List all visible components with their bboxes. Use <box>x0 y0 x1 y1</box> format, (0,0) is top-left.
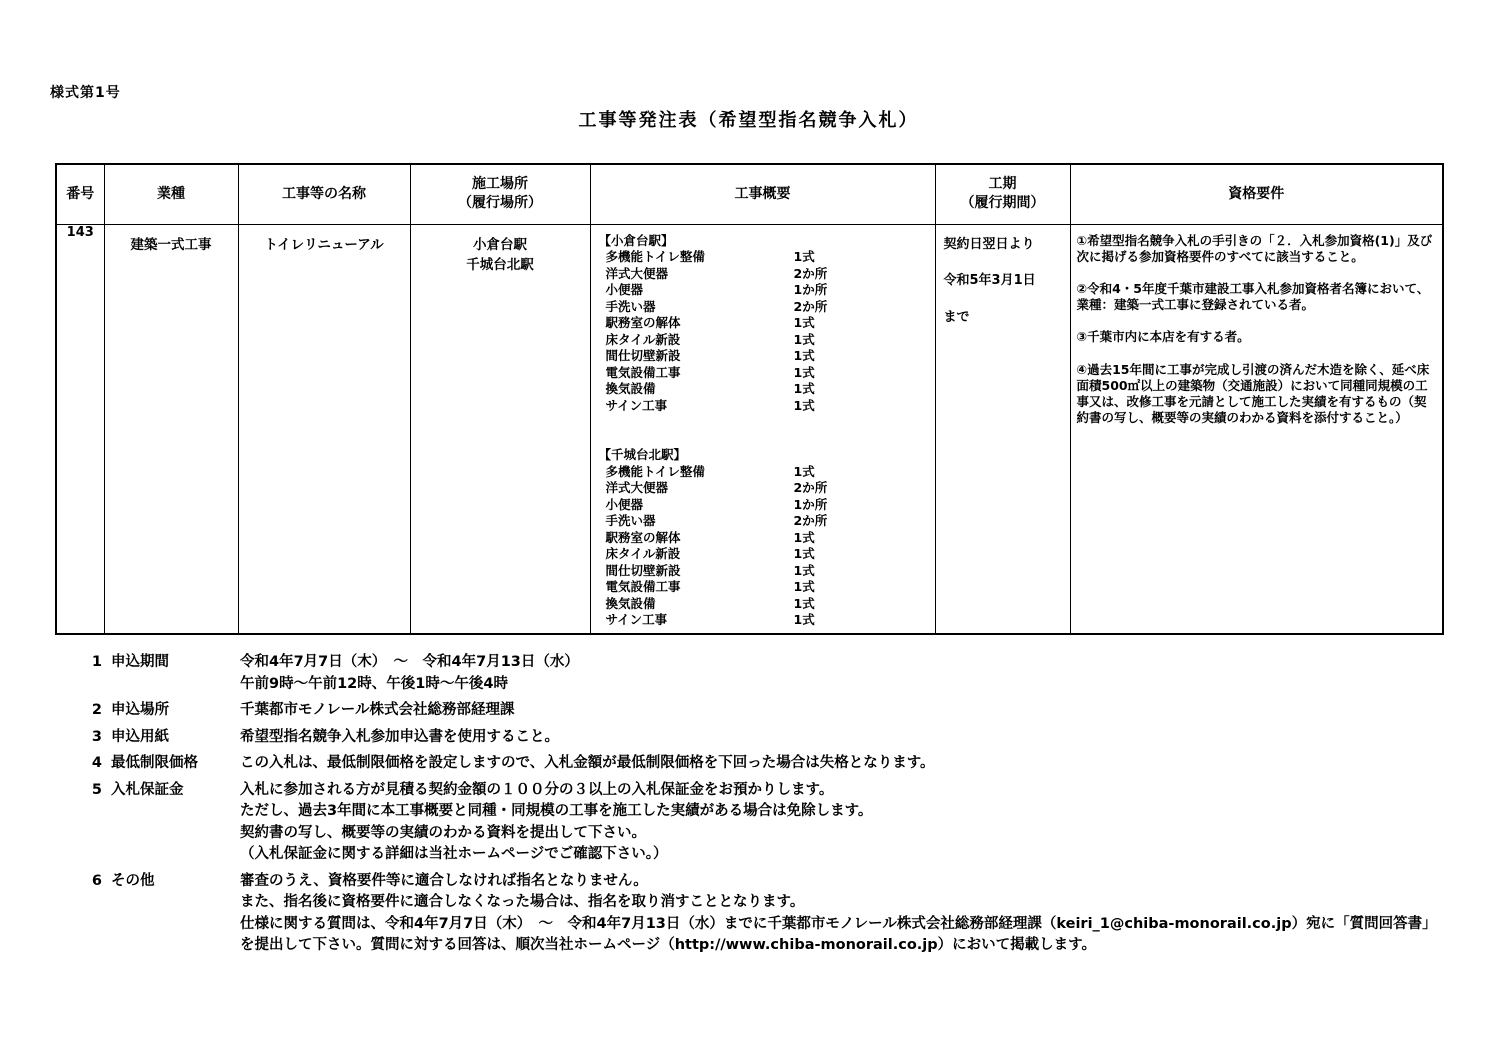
overview-item: 洋式大便器2か所 <box>599 480 931 497</box>
note-number: 3 <box>88 727 102 749</box>
note-label: 最低制限価格 <box>111 753 198 775</box>
note-content: 希望型指名競争入札参加申込書を使用すること。 <box>240 727 1450 749</box>
note-item: 4最低制限価格この入札は、最低制限価格を設定しますので、入札金額が最低制限価格を… <box>88 753 1468 775</box>
qualification-paragraph: ④過去15年間に工事が完成し引渡の済んだ木造を除く、延べ床面積500㎡以上の建築… <box>1077 362 1438 427</box>
overview-block: 【千城台北駅】多機能トイレ整備1式洋式大便器2か所小便器1か所手洗い器2か所駅務… <box>599 447 931 629</box>
note-line: 千葉都市モノレール株式会社総務部経理課 <box>240 700 1450 722</box>
note-line: ただし、過去3年間に本工事概要と同種・同規模の工事を施工した実績がある場合は免除… <box>240 801 1450 823</box>
overview-item-qty: 1式 <box>794 612 815 629</box>
overview-item: 手洗い器2か所 <box>599 299 931 316</box>
overview-item-name: 駅務室の解体 <box>606 530 794 547</box>
note-line: また、指名後に資格要件に適合しなくなった場合は、指名を取り消すこととなります。 <box>240 892 1450 914</box>
period-line: まで <box>944 310 1066 327</box>
overview-item-qty: 1式 <box>794 596 815 613</box>
overview-item: サイン工事1式 <box>599 612 931 629</box>
note-line: この入札は、最低制限価格を設定しますので、入札金額が最低制限価格を下回った場合は… <box>240 753 1450 775</box>
location-line: 千城台北駅 <box>411 255 590 275</box>
note-label: 申込場所 <box>111 700 169 722</box>
note-header: 2申込場所 <box>88 700 240 722</box>
note-label: 申込期間 <box>111 652 169 695</box>
note-content: 審査のうえ、資格要件等に適合しなければ指名となりません。また、指名後に資格要件に… <box>240 871 1450 957</box>
note-label: 入札保証金 <box>111 780 184 866</box>
note-line: 審査のうえ、資格要件等に適合しなければ指名となりません。 <box>240 871 1450 893</box>
overview-station-header: 【小倉台駅】 <box>599 233 931 250</box>
overview-item-qty: 1式 <box>794 249 815 266</box>
overview-item: サイン工事1式 <box>599 398 931 415</box>
note-line: 令和4年7月7日（木） ～ 令和4年7月13日（水） <box>240 652 1450 674</box>
overview-item: 手洗い器2か所 <box>599 513 931 530</box>
overview-item-qty: 1式 <box>794 381 815 398</box>
note-item: 6その他審査のうえ、資格要件等に適合しなければ指名となりません。また、指名後に資… <box>88 871 1468 957</box>
overview-item-qty: 1式 <box>794 365 815 382</box>
qualification-paragraph: ③千葉市内に本店を有する者。 <box>1077 329 1438 345</box>
note-content: この入札は、最低制限価格を設定しますので、入札金額が最低制限価格を下回った場合は… <box>240 753 1450 775</box>
note-line: 仕様に関する質問は、令和4年7月7日（木） ～ 令和4年7月13日（水）までに千… <box>240 914 1450 957</box>
header-overview: 工事概要 <box>590 164 935 224</box>
overview-item: 駅務室の解体1式 <box>599 530 931 547</box>
overview-item: 間仕切壁新設1式 <box>599 348 931 365</box>
row-industry: 建築一式工事 <box>104 224 238 634</box>
table-row: 143 建築一式工事 トイレリニューアル 小倉台駅 千城台北駅 【小倉台駅】多機… <box>56 224 1443 634</box>
overview-item-name: サイン工事 <box>606 612 794 629</box>
table-header-row: 番号 業種 工事等の名称 施工場所 （履行場所） 工事概要 工期 （履行期間） … <box>56 164 1443 224</box>
note-item: 1申込期間令和4年7月7日（木） ～ 令和4年7月13日（水）午前9時～午前12… <box>88 652 1468 695</box>
overview-item: 電気設備工事1式 <box>599 365 931 382</box>
note-number: 1 <box>88 652 102 695</box>
overview-item-qty: 1式 <box>794 332 815 349</box>
overview-item-name: 多機能トイレ整備 <box>606 249 794 266</box>
note-line: 入札に参加される方が見積る契約金額の１００分の３以上の入札保証金をお預かりします… <box>240 780 1450 802</box>
overview-item-name: 床タイル新設 <box>606 546 794 563</box>
overview-item-name: 電気設備工事 <box>606 579 794 596</box>
overview-station-header: 【千城台北駅】 <box>599 447 931 464</box>
overview-item-name: サイン工事 <box>606 398 794 415</box>
overview-item-qty: 1式 <box>794 546 815 563</box>
overview-item-qty: 1か所 <box>794 497 828 514</box>
row-work-name: トイレリニューアル <box>238 224 410 634</box>
overview-item: 洋式大便器2か所 <box>599 266 931 283</box>
note-line: （入札保証金に関する詳細は当社ホームページでご確認下さい。） <box>240 844 1450 866</box>
overview-item: 電気設備工事1式 <box>599 579 931 596</box>
overview-item-name: 間仕切壁新設 <box>606 563 794 580</box>
overview-item-qty: 1式 <box>794 579 815 596</box>
overview-item-qty: 2か所 <box>794 480 828 497</box>
qualification-paragraph: ②令和4・5年度千葉市建設工事入札参加資格者名簿において、業種：建築一式工事に登… <box>1077 281 1438 313</box>
overview-item-name: 手洗い器 <box>606 299 794 316</box>
overview-item-name: 床タイル新設 <box>606 332 794 349</box>
header-number: 番号 <box>56 164 104 224</box>
overview-item: 床タイル新設1式 <box>599 332 931 349</box>
overview-item-qty: 2か所 <box>794 299 828 316</box>
overview-item-name: 駅務室の解体 <box>606 315 794 332</box>
qualifications-cell: ①希望型指名競争入札の手引きの「２．入札参加資格(1)」及び次に掲げる参加資格要… <box>1070 224 1443 634</box>
overview-item: 換気設備1式 <box>599 596 931 613</box>
notes-section: 1申込期間令和4年7月7日（木） ～ 令和4年7月13日（水）午前9時～午前12… <box>88 652 1468 962</box>
header-period: 工期 （履行期間） <box>935 164 1070 224</box>
note-header: 4最低制限価格 <box>88 753 240 775</box>
note-number: 2 <box>88 700 102 722</box>
note-header: 5入札保証金 <box>88 780 240 866</box>
row-location: 小倉台駅 千城台北駅 <box>410 224 590 634</box>
overview-item-name: 換気設備 <box>606 596 794 613</box>
overview-item: 床タイル新設1式 <box>599 546 931 563</box>
note-number: 6 <box>88 871 102 957</box>
overview-item: 小便器1か所 <box>599 282 931 299</box>
order-table: 番号 業種 工事等の名称 施工場所 （履行場所） 工事概要 工期 （履行期間） … <box>55 163 1444 635</box>
note-item: 3申込用紙希望型指名競争入札参加申込書を使用すること。 <box>88 727 1468 749</box>
overview-item-name: 手洗い器 <box>606 513 794 530</box>
overview-item-qty: 1式 <box>794 563 815 580</box>
overview-cell: 【小倉台駅】多機能トイレ整備1式洋式大便器2か所小便器1か所手洗い器2か所駅務室… <box>590 224 935 634</box>
note-line: 午前9時～午前12時、午後1時～午後4時 <box>240 674 1450 696</box>
note-number: 4 <box>88 753 102 775</box>
qualification-paragraph: ①希望型指名競争入札の手引きの「２．入札参加資格(1)」及び次に掲げる参加資格要… <box>1077 233 1438 265</box>
note-item: 5入札保証金入札に参加される方が見積る契約金額の１００分の３以上の入札保証金をお… <box>88 780 1468 866</box>
overview-item-qty: 1式 <box>794 398 815 415</box>
overview-item-qty: 1式 <box>794 348 815 365</box>
overview-item-name: 電気設備工事 <box>606 365 794 382</box>
overview-item-qty: 1式 <box>794 464 815 481</box>
note-line: 希望型指名競争入札参加申込書を使用すること。 <box>240 727 1450 749</box>
note-label: 申込用紙 <box>111 727 169 749</box>
overview-item-name: 洋式大便器 <box>606 266 794 283</box>
note-header: 6その他 <box>88 871 240 957</box>
overview-item-name: 間仕切壁新設 <box>606 348 794 365</box>
overview-item-qty: 2か所 <box>794 513 828 530</box>
header-location: 施工場所 （履行場所） <box>410 164 590 224</box>
note-header: 3申込用紙 <box>88 727 240 749</box>
period-cell: 契約日翌日より 令和5年3月1日 まで <box>935 224 1070 634</box>
overview-item-name: 洋式大便器 <box>606 480 794 497</box>
overview-item-qty: 1式 <box>794 530 815 547</box>
overview-item: 間仕切壁新設1式 <box>599 563 931 580</box>
overview-item: 駅務室の解体1式 <box>599 315 931 332</box>
document-page: 様式第1号 工事等発注表（希望型指名競争入札） 番号 業種 工事等の名称 施工場… <box>0 0 1497 1058</box>
note-line: 契約書の写し、概要等の実績のわかる資料を提出して下さい。 <box>240 823 1450 845</box>
note-label: その他 <box>111 871 155 957</box>
header-industry: 業種 <box>104 164 238 224</box>
row-number: 143 <box>56 224 104 634</box>
page-title: 工事等発注表（希望型指名競争入札） <box>0 106 1497 132</box>
location-line: 小倉台駅 <box>411 235 590 255</box>
overview-item: 多機能トイレ整備1式 <box>599 249 931 266</box>
header-work-name: 工事等の名称 <box>238 164 410 224</box>
period-line: 令和5年3月1日 <box>944 273 1066 290</box>
overview-item: 換気設備1式 <box>599 381 931 398</box>
form-number-label: 様式第1号 <box>50 82 121 102</box>
overview-item-name: 多機能トイレ整備 <box>606 464 794 481</box>
overview-block: 【小倉台駅】多機能トイレ整備1式洋式大便器2か所小便器1か所手洗い器2か所駅務室… <box>599 233 931 415</box>
overview-item: 小便器1か所 <box>599 497 931 514</box>
note-content: 千葉都市モノレール株式会社総務部経理課 <box>240 700 1450 722</box>
note-content: 令和4年7月7日（木） ～ 令和4年7月13日（水）午前9時～午前12時、午後1… <box>240 652 1450 695</box>
note-header: 1申込期間 <box>88 652 240 695</box>
overview-item: 多機能トイレ整備1式 <box>599 464 931 481</box>
note-item: 2申込場所千葉都市モノレール株式会社総務部経理課 <box>88 700 1468 722</box>
overview-item-qty: 1式 <box>794 315 815 332</box>
header-qualifications: 資格要件 <box>1070 164 1443 224</box>
overview-item-name: 換気設備 <box>606 381 794 398</box>
period-line: 契約日翌日より <box>944 237 1066 254</box>
overview-item-name: 小便器 <box>606 497 794 514</box>
overview-item-qty: 1か所 <box>794 282 828 299</box>
note-number: 5 <box>88 780 102 866</box>
overview-item-qty: 2か所 <box>794 266 828 283</box>
note-content: 入札に参加される方が見積る契約金額の１００分の３以上の入札保証金をお預かりします… <box>240 780 1450 866</box>
overview-item-name: 小便器 <box>606 282 794 299</box>
